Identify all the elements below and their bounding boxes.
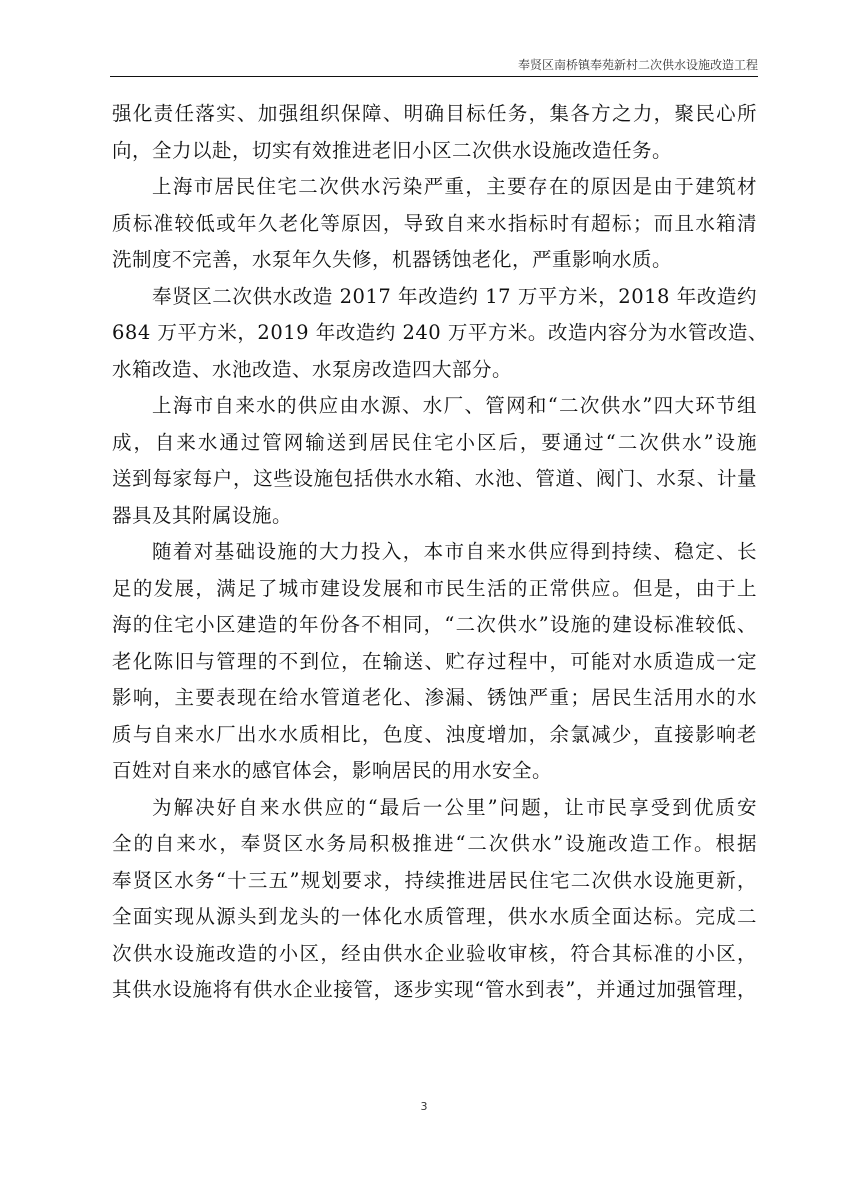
document-body: 强化责任落实、加强组织保障、明确目标任务，集各方之力，聚民心所 向，全力以赴，切… <box>112 96 757 1009</box>
text-line: 百姓对自来水的感官体会，影响居民的用水安全。 <box>112 753 757 790</box>
text-line: 奉贤区二次供水改造 2017 年改造约 17 万平方米，2018 年改造约 <box>112 279 757 316</box>
paragraph: 强化责任落实、加强组织保障、明确目标任务，集各方之力，聚民心所 向，全力以赴，切… <box>112 96 757 169</box>
text-line: 全面实现从源头到龙头的一体化水质管理，供水水质全面达标。完成二 <box>112 899 757 936</box>
paragraph: 上海市居民住宅二次供水污染严重，主要存在的原因是由于建筑材 质标准较低或年久老化… <box>112 169 757 279</box>
paragraph: 随着对基础设施的大力投入，本市自来水供应得到持续、稳定、长 足的发展，满足了城市… <box>112 534 757 790</box>
page-header: 奉贤区南桥镇奉苑新村二次供水设施改造工程 <box>110 58 758 77</box>
text-line: 海的住宅小区建造的年份各不相同，“二次供水”设施的建设标准较低、 <box>112 607 757 644</box>
text-line: 其供水设施将有供水企业接管，逐步实现“管水到表”，并通过加强管理， <box>112 972 757 1009</box>
text-line: 奉贤区水务“十三五”规划要求，持续推进居民住宅二次供水设施更新， <box>112 863 757 900</box>
text-line: 送到每家每户，这些设施包括供水水箱、水池、管道、阀门、水泵、计量 <box>112 461 757 498</box>
text-line: 684 万平方米，2019 年改造约 240 万平方米。改造内容分为水管改造、 <box>112 315 757 352</box>
text-line: 上海市居民住宅二次供水污染严重，主要存在的原因是由于建筑材 <box>112 169 757 206</box>
text-line: 水箱改造、水池改造、水泵房改造四大部分。 <box>112 352 757 389</box>
text-line: 质标准较低或年久老化等原因，导致自来水指标时有超标；而且水箱清 <box>112 206 757 243</box>
text-line: 上海市自来水的供应由水源、水厂、管网和“二次供水”四大环节组 <box>112 388 757 425</box>
paragraph: 上海市自来水的供应由水源、水厂、管网和“二次供水”四大环节组 成，自来水通过管网… <box>112 388 757 534</box>
text-line: 老化陈旧与管理的不到位，在输送、贮存过程中，可能对水质造成一定 <box>112 644 757 681</box>
text-line: 为解决好自来水供应的“最后一公里”问题，让市民享受到优质安 <box>112 790 757 827</box>
text-line: 影响，主要表现在给水管道老化、渗漏、锈蚀严重；居民生活用水的水 <box>112 680 757 717</box>
text-line: 成，自来水通过管网输送到居民住宅小区后，要通过“二次供水”设施 <box>112 425 757 462</box>
page-number: 3 <box>0 1100 848 1113</box>
text-line: 向，全力以赴，切实有效推进老旧小区二次供水设施改造任务。 <box>112 133 757 170</box>
text-line: 强化责任落实、加强组织保障、明确目标任务，集各方之力，聚民心所 <box>112 96 757 133</box>
text-line: 全的自来水，奉贤区水务局积极推进“二次供水”设施改造工作。根据 <box>112 826 757 863</box>
text-line: 质与自来水厂出水水质相比，色度、浊度增加，余氯减少，直接影响老 <box>112 717 757 754</box>
header-title: 奉贤区南桥镇奉苑新村二次供水设施改造工程 <box>518 58 758 72</box>
text-line: 次供水设施改造的小区，经由供水企业验收审核，符合其标准的小区， <box>112 936 757 973</box>
paragraph: 为解决好自来水供应的“最后一公里”问题，让市民享受到优质安 全的自来水，奉贤区水… <box>112 790 757 1009</box>
text-line: 随着对基础设施的大力投入，本市自来水供应得到持续、稳定、长 <box>112 534 757 571</box>
paragraph: 奉贤区二次供水改造 2017 年改造约 17 万平方米，2018 年改造约 68… <box>112 279 757 389</box>
text-line: 洗制度不完善，水泵年久失修，机器锈蚀老化，严重影响水质。 <box>112 242 757 279</box>
text-line: 足的发展，满足了城市建设发展和市民生活的正常供应。但是，由于上 <box>112 571 757 608</box>
text-line: 器具及其附属设施。 <box>112 498 757 535</box>
